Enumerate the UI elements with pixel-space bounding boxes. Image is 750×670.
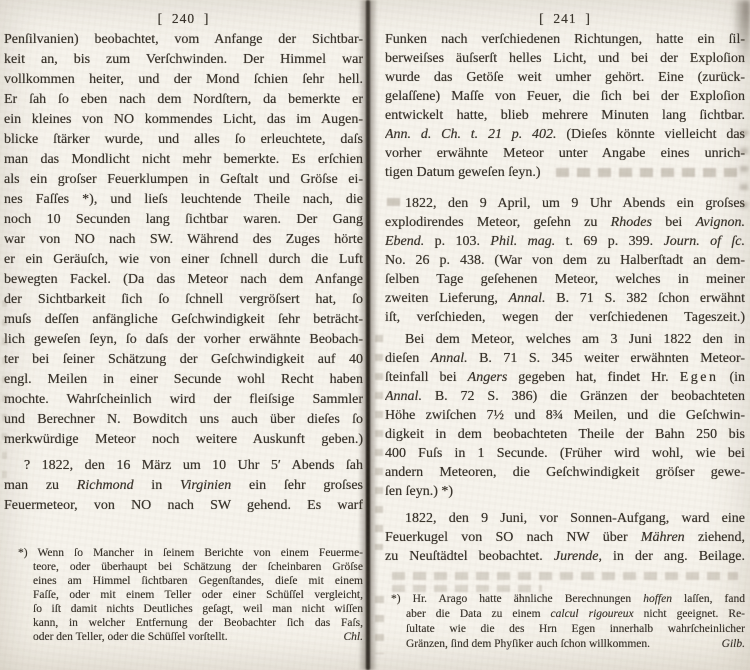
text-line: als ein groſser Feuerklumpen in Geſtalt … [4, 170, 363, 190]
text-line: wurde das Getöſe weit umher gehört. Eine… [385, 68, 745, 87]
text-segment: calcul rigoureux [551, 608, 634, 620]
text-segment: No. 26 p. 438. (War von dem zu Halberſta… [385, 253, 745, 268]
text-segment: gegeben hat, findet Hr. [507, 370, 679, 385]
text-segment: vorher erwähnte Meteor unter Angabe eine… [385, 146, 745, 161]
text-line: vorher erwähnte Meteor unter Angabe eine… [385, 144, 745, 163]
page-241-body: Funken nach verſchiedenen Richtungen, ha… [385, 30, 745, 652]
text-line: ſelben Tage geſehenen Meteor, welches in… [385, 270, 745, 289]
text-line: der Sichtbarkeit ſich ſo ſchnell vergröſ… [4, 290, 363, 310]
text-line: eines am Himmel ſichtbaren Gegenſtandes,… [18, 574, 363, 588]
text-segment: 400 Fuſs in 1 Secunde. (Früher wird wohl… [385, 446, 745, 461]
text-line: 1822, den 9 April, um 9 Uhr Abends ein g… [385, 194, 745, 213]
text-line: 1822, den 9 Juni, vor Sonnen-Aufgang, wa… [385, 509, 745, 528]
text-segment: vollkommen heiter, und der Mond ſchien ſ… [4, 72, 363, 87]
text-line: Er ſah ſo eben nach dem Nordſtern, da be… [4, 90, 363, 110]
text-line: iſt, verſchieden, wegen der verſchiedene… [385, 308, 745, 327]
text-line: Faſſe, oder mit einem Teller oder einer … [18, 588, 363, 602]
text-segment: 1822, den 9 Juni, vor Sonnen-Aufgang, wa… [405, 511, 745, 526]
text-segment: t. 69 p. 399. [555, 234, 663, 249]
paragraph-maehren-1822: 1822, den 9 Juni, vor Sonnen-Aufgang, wa… [385, 509, 745, 566]
text-segment: Mähren [641, 530, 685, 545]
text-segment: ſultate wie die des Hrn Egen innerhalb w… [406, 623, 745, 635]
text-segment: laſſen, fand [672, 593, 745, 605]
text-line: Annal. B. 72 S. 386) die Gränzen der beo… [385, 387, 745, 406]
text-line: Gilb.Gränzen, ſind dem Phyſiker auch ſch… [391, 637, 745, 652]
text-segment: Annal. [509, 291, 546, 306]
page-number-241: [ 241 ] [385, 9, 745, 28]
text-segment: zu Neuſtädtel beobachtet. [385, 549, 554, 564]
text-line: andern Meteoren, die Geſchwindigkeit grö… [385, 463, 745, 482]
text-line: engl. Meilen in einer Secunde wohl Recht… [4, 370, 363, 390]
text-segment: ziehend, [685, 530, 745, 545]
text-segment: Feuerkugel von SO nach NW über [385, 530, 641, 545]
text-line: Feuermeteor, von NO nach SW gehend. Es w… [4, 496, 363, 516]
text-segment: Virginien [180, 478, 231, 493]
text-segment: in [134, 478, 180, 493]
text-segment: tigen Datum geweſen ſeyn.) [385, 165, 541, 180]
text-segment: ter bei ſeiner Schätzung der Geſchwindig… [4, 352, 363, 367]
text-segment: dieſen [385, 351, 431, 366]
text-line: zu Neuſtädtel beobachtet. Jurende, in de… [385, 547, 745, 566]
text-segment: und Berechner N. Bowditch uns auch über … [4, 412, 363, 427]
text-segment: er ein Geräuſch, wie von einer ſchnell d… [4, 252, 363, 267]
paragraph-angers-meteor: Bei dem Meteor, welches am 3 Juni 1822 d… [385, 330, 745, 501]
page-241: [ 241 ] Funken nach verſchiedenen Richtu… [385, 0, 745, 652]
text-line: Feuerkugel von SO nach NW über Mähren zi… [385, 528, 745, 547]
text-segment: B. 72 S. 386) die Gränzen der beobachtet… [422, 389, 745, 404]
text-segment: Höhe zwiſchen 7½ und 8¾ Meilen, und die … [385, 408, 745, 423]
text-line: lich geweſen ſeyn, ſo daſs der vorher er… [4, 330, 363, 350]
text-segment: hoffen [643, 593, 672, 605]
text-segment: Er ſah ſo eben nach dem Nordſtern, da be… [4, 92, 363, 107]
text-line: nes Faſſes *), und lieſs leuchtende Thei… [4, 190, 363, 210]
text-line: keit an, bis zum Verſchwinden. Der Himme… [4, 50, 363, 70]
text-line: Bei dem Meteor, welches am 3 Juni 1822 d… [385, 330, 745, 349]
footnote-240: *) Wenn ſo Mancher in ſeinem Berichte vo… [4, 546, 363, 644]
text-line: war von NO nach SW. Während des Zuges hö… [4, 230, 363, 250]
text-segment: noch 10 Secunden lang ſichtbar waren. De… [4, 212, 363, 227]
text-segment: bei [652, 215, 696, 230]
text-segment: Rhodes [611, 215, 652, 230]
paragraph-richmond-1822: ? 1822, den 16 März um 10 Uhr 5′ Abends … [4, 456, 363, 516]
text-line: ſteinfall bei Angers gegeben hat, findet… [385, 368, 745, 387]
text-line: ſen ſeyn.) *) [385, 482, 745, 501]
text-line: bewegten Fackel. (Da das Meteor nach dem… [4, 270, 363, 290]
paragraph-rhodes-avignon-1822: 1822, den 9 April, um 9 Uhr Abends ein g… [385, 194, 745, 327]
text-line: kann, in welcher Entfernung der Beobacht… [18, 616, 363, 630]
text-segment: merkwürdige Meteor noch weitere Auskunft… [4, 432, 363, 447]
text-segment: ein ſehr groſses [231, 478, 363, 493]
text-segment: eines am Himmel ſichtbaren Gegenſtandes,… [33, 575, 363, 587]
text-segment: der Sichtbarkeit ſich ſo ſchnell vergröſ… [4, 292, 363, 307]
text-segment: entwickelt hatte, blieb mehrere Minuten … [385, 108, 745, 123]
text-segment: ein kleines von NO kommendes Licht, das … [4, 112, 363, 127]
text-line: Penſilvanien) beobachtet, vom Anfange de… [4, 30, 363, 50]
text-segment: B. 71 S. 345 weiter erwähnten Meteor- [468, 351, 745, 366]
text-line: dieſen Annal. B. 71 S. 345 weiter erwähn… [385, 349, 745, 368]
text-segment: gelaſſene) Maſſe von Feuer, die ſich bei… [385, 89, 745, 104]
text-line: ſultate wie die des Hrn Egen innerhalb w… [391, 622, 745, 637]
text-line: noch 10 Secunden lang ſichtbar waren. De… [4, 210, 363, 230]
text-segment: Funken nach verſchiedenen Richtungen, ha… [385, 32, 745, 47]
text-segment: als ein groſser Feuerklumpen in Geſtalt … [4, 172, 363, 187]
text-segment: teore, oder überhaupt bei Schätzung der … [33, 561, 363, 573]
text-segment: engl. Meilen in einer Secunde wohl Recht… [4, 372, 363, 387]
text-segment: , in der ang. Beilage. [598, 549, 745, 564]
text-segment: nicht geeignet. Re- [634, 608, 745, 620]
text-line: *) Wenn ſo Mancher in ſeinem Berichte vo… [18, 546, 363, 560]
text-line: ein kleines von NO kommendes Licht, das … [4, 110, 363, 130]
text-segment: oder den Teller, oder die Schüſſel vorſt… [33, 631, 228, 643]
text-segment: explodirendes Meteor, geſehn zu [385, 215, 611, 230]
text-segment: ſelben Tage geſehenen Meteor, welches in… [385, 272, 745, 287]
text-segment: *) Hr. Arago hatte ähnliche Berechnungen [391, 593, 643, 605]
text-line: er ein Geräuſch, wie von einer ſchnell d… [4, 250, 363, 270]
text-segment: war von NO nach SW. Während des Zuges hö… [4, 232, 363, 247]
text-segment: ſen ſeyn.) *) [385, 484, 453, 499]
paragraph-pennsylvania-fireball: Penſilvanien) beobachtet, vom Anfange de… [4, 30, 363, 450]
text-segment: Chl. [344, 630, 364, 644]
text-segment: B. 71 S. 382 ſchon erwähnt [546, 291, 745, 306]
text-line: mochte. Wahrſcheinlich wird der fleiſsig… [4, 390, 363, 410]
text-segment: Egen [680, 370, 719, 385]
text-line: Ebend. p. 103. Phil. mag. t. 69 p. 399. … [385, 232, 745, 251]
scanned-book-spread: [ 240 ] Penſilvanien) beobachtet, vom An… [0, 0, 750, 670]
text-line: Funken nach verſchiedenen Richtungen, ha… [385, 30, 745, 49]
text-line: Ann. d. Ch. t. 21 p. 402. (Dieſes könnte… [385, 125, 745, 144]
text-segment: Bei dem Meteor, welches am 3 Juni 1822 d… [405, 332, 745, 347]
text-line: Chl.oder den Teller, oder die Schüſſel v… [18, 630, 363, 644]
page-240: [ 240 ] Penſilvanien) beobachtet, vom An… [4, 0, 363, 644]
text-segment: Annal. [385, 389, 422, 404]
text-segment: Avignon. [696, 215, 745, 230]
text-segment: (Dieſes könnte vielleicht das [557, 127, 745, 142]
text-segment: blicke ſtärker wurde, und alles ſo erleu… [4, 132, 363, 147]
text-line: ? 1822, den 16 März um 10 Uhr 5′ Abends … [4, 456, 363, 476]
text-line: teore, oder überhaupt bei Schätzung der … [18, 560, 363, 574]
text-segment: zweiten Lieferung, [385, 291, 509, 306]
text-line: merkwürdige Meteor noch weitere Auskunft… [4, 430, 363, 450]
text-segment: Annal. [431, 351, 468, 366]
text-line: explodirendes Meteor, geſehn zu Rhodes b… [385, 213, 745, 232]
text-segment: ſo iſt damit nichts Deutliches geſagt, w… [33, 603, 363, 615]
paragraph-explosion-continuation: Funken nach verſchiedenen Richtungen, ha… [385, 30, 745, 182]
text-segment: iſt, verſchieden, wegen der verſchiedene… [385, 310, 745, 325]
text-segment: digkeit in dem beobachteten Theile der B… [385, 427, 745, 442]
text-line: *) Hr. Arago hatte ähnliche Berechnungen… [391, 592, 745, 607]
text-segment: Ebend. [385, 234, 424, 249]
text-segment: Ann. d. Ch. t. 21 p. 402. [385, 127, 557, 142]
text-segment: man zu [4, 478, 77, 493]
text-segment: *) Wenn ſo Mancher in ſeinem Berichte vo… [18, 547, 363, 559]
text-segment: mochte. Wahrſcheinlich wird der fleiſsig… [4, 392, 363, 407]
ghost-margin-marks [375, 335, 383, 550]
page-number-240: [ 240 ] [4, 9, 363, 28]
text-line: vollkommen heiter, und der Mond ſchien ſ… [4, 70, 363, 90]
text-line: zweiten Lieferung, Annal. B. 71 S. 382 ſ… [385, 289, 745, 308]
text-line: aber die Data zu einem calcul rigoureux … [391, 607, 745, 622]
ghost-margin-marks [375, 596, 384, 654]
text-line: gelaſſene) Maſſe von Feuer, die ſich bei… [385, 87, 745, 106]
text-segment: ſteinfall bei [385, 370, 468, 385]
text-segment: 1822, den 9 April, um 9 Uhr Abends ein g… [405, 196, 745, 211]
text-segment: berweiſses äuſserſt helles Licht, und be… [385, 51, 745, 66]
text-segment: nes Faſſes *), und lieſs leuchtende Thei… [4, 192, 363, 207]
text-line: ter bei ſeiner Schätzung der Geſchwindig… [4, 350, 363, 370]
text-segment: aber die Data zu einem [406, 608, 551, 620]
text-segment: wurde das Getöſe weit umher gehört. Eine… [385, 70, 745, 85]
text-line: digkeit in dem beobachteten Theile der B… [385, 425, 745, 444]
page-240-body: Penſilvanien) beobachtet, vom Anfange de… [4, 30, 363, 644]
text-segment: Angers [468, 370, 508, 385]
text-segment: muſs deſſen anfängliche Geſchwindigkeit … [4, 312, 363, 327]
text-segment: Gränzen, ſind dem Phyſiker auch ſchon wi… [406, 638, 650, 650]
text-segment: Journ. of ſc. [664, 234, 745, 249]
footnote-241: *) Hr. Arago hatte ähnliche Berechnungen… [385, 592, 745, 652]
text-segment: bewegten Fackel. (Da das Meteor nach dem… [4, 272, 363, 287]
text-segment: keit an, bis zum Verſchwinden. Der Himme… [4, 52, 363, 67]
text-line: tigen Datum geweſen ſeyn.) [385, 163, 745, 182]
text-line: ſo iſt damit nichts Deutliches geſagt, w… [18, 602, 363, 616]
text-segment: ? 1822, den 16 März um 10 Uhr 5′ Abends … [24, 458, 363, 473]
book-gutter-line [366, 0, 370, 670]
text-segment: andern Meteoren, die Geſchwindigkeit grö… [385, 465, 745, 480]
text-segment: kann, in welcher Entfernung der Beobacht… [33, 617, 363, 629]
text-line: entwickelt hatte, blieb mehrere Minuten … [385, 106, 745, 125]
text-segment: Faſſe, oder mit einem Teller oder einer … [33, 589, 363, 601]
text-segment: (in [718, 370, 745, 385]
text-segment: Richmond [77, 478, 134, 493]
text-line: berweiſses äuſserſt helles Licht, und be… [385, 49, 745, 68]
text-segment: p. 103. [424, 234, 490, 249]
text-segment: Phil. mag. [490, 234, 555, 249]
text-segment: Jurende [554, 549, 599, 564]
text-line: man zu Richmond in Virginien ein ſehr gr… [4, 476, 363, 496]
text-line: man das Mondlicht nicht mehr bemerkte. E… [4, 150, 363, 170]
text-line: Höhe zwiſchen 7½ und 8¾ Meilen, und die … [385, 406, 745, 425]
text-line: blicke ſtärker wurde, und alles ſo erleu… [4, 130, 363, 150]
text-line: No. 26 p. 438. (War von dem zu Halberſta… [385, 251, 745, 270]
text-segment: Penſilvanien) beobachtet, vom Anfange de… [4, 32, 363, 47]
text-segment: lich geweſen ſeyn, ſo daſs der vorher er… [4, 332, 363, 347]
text-segment: man das Mondlicht nicht mehr bemerkte. E… [4, 152, 363, 167]
text-segment: Feuermeteor, von NO nach SW gehend. Es w… [4, 498, 363, 513]
text-line: 400 Fuſs in 1 Secunde. (Früher wird wohl… [385, 444, 745, 463]
text-line: und Berechner N. Bowditch uns auch über … [4, 410, 363, 430]
text-line: muſs deſſen anfängliche Geſchwindigkeit … [4, 310, 363, 330]
text-segment: Gilb. [722, 637, 745, 652]
